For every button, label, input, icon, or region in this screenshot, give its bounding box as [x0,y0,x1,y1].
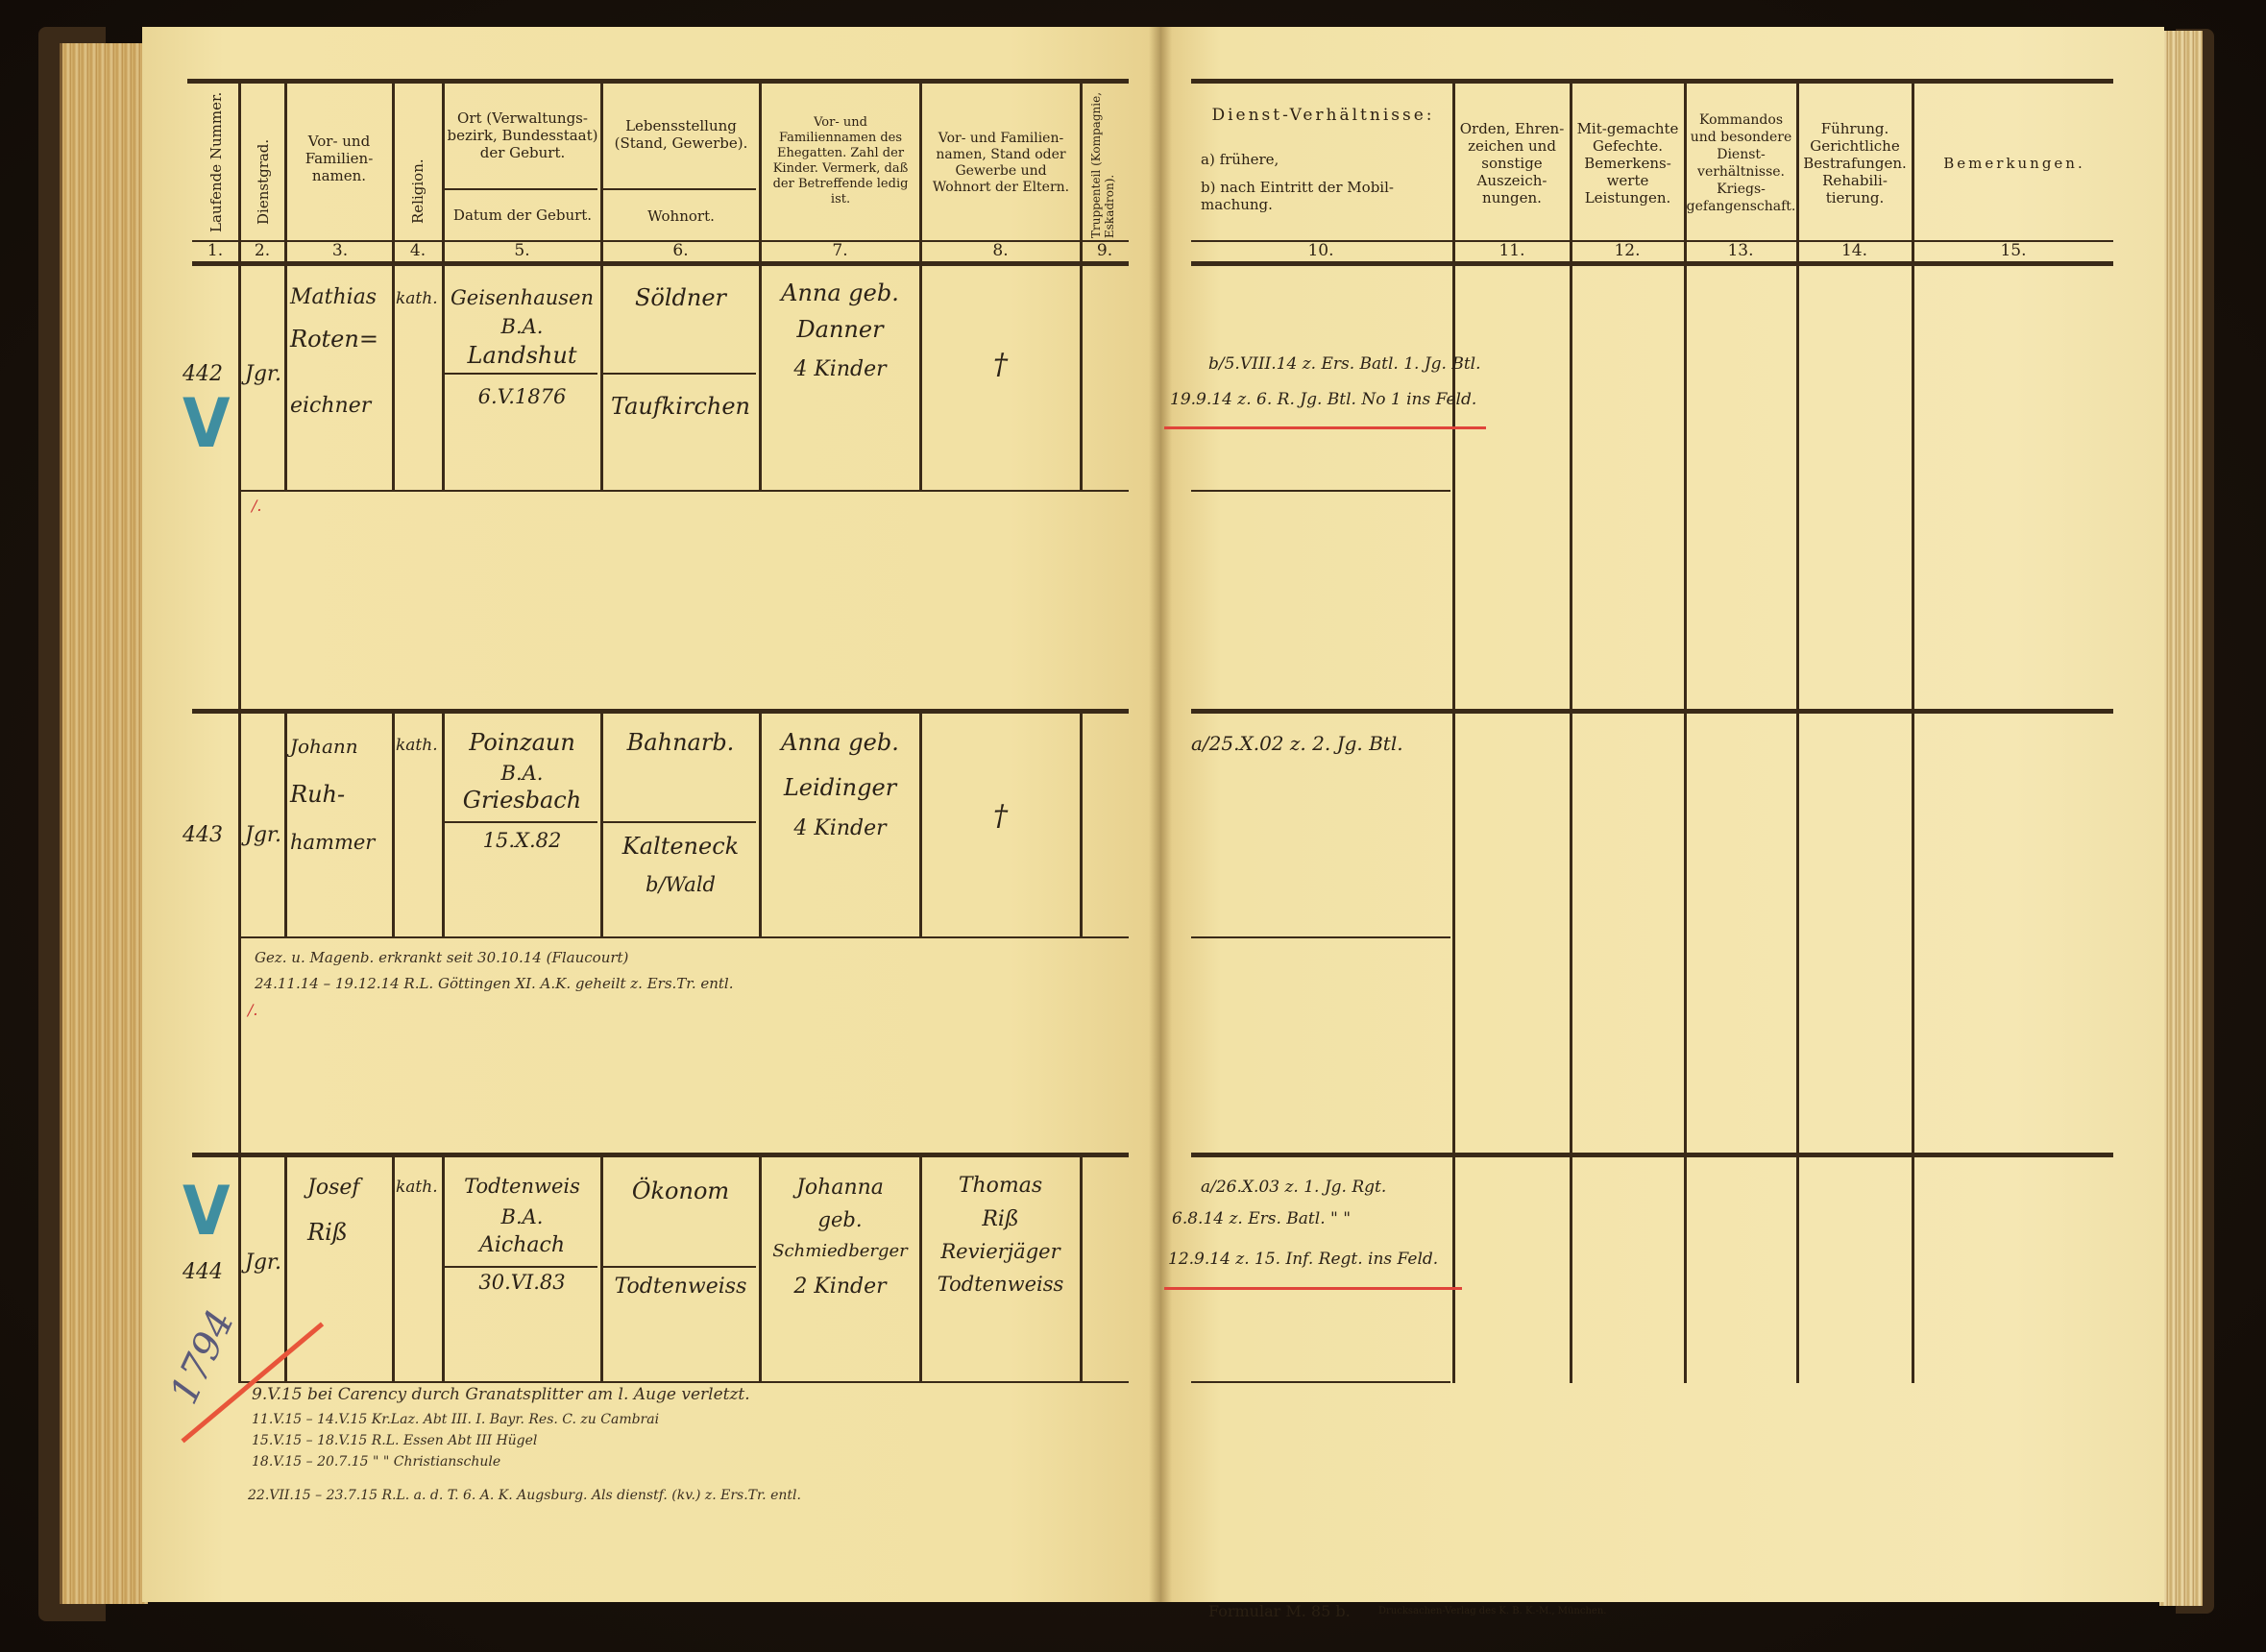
e2-col3 [392,713,395,936]
e2-end-rule [192,1153,1129,1157]
birthplace-3: Landshut [444,341,600,370]
colnum-12: 12. [1572,241,1683,260]
header-bottom-rule [192,261,1129,266]
religion: kath. [396,1177,438,1198]
colnum-1: 1. [192,241,238,260]
e2-col6-split [602,821,756,823]
spouse-1: Anna geb. [761,279,919,307]
rank: Jgr. [245,821,281,850]
e3-col8 [1080,1156,1083,1381]
note-line-1: 9.V.15 bei Carency durch Granatsplitter … [252,1383,750,1406]
e1-col2 [284,264,287,490]
header-col-10-a: a) frühere, [1201,149,1450,170]
r-header-top-rule [1191,79,2113,84]
last-name-1: Riß [307,1218,348,1247]
e1-sub-rule [240,490,1129,492]
spouse-2: geb. [761,1205,919,1234]
e2-col5-split [444,821,597,823]
birthplace-2: B.A. [444,312,600,341]
page-edges-right [2159,31,2203,1606]
parents-1: Thomas [921,1172,1080,1201]
colnum-2: 2. [240,241,284,260]
note-line-2: 24.11.14 – 19.12.14 R.L. Göttingen XI. A… [255,972,734,995]
parents-2: Riß [921,1205,1080,1234]
e2-sub-rule [240,936,1129,938]
e1-end-rule [192,709,1129,714]
service-line-2: 19.9.14 z. 6. R. Jg. Btl. No 1 ins Feld. [1170,389,1476,410]
blue-check-mark-icon: V [183,1173,231,1251]
r-col-line-13 [1796,82,1799,1383]
birthplace-1: Todtenweis [444,1172,600,1201]
first-name: Josef [307,1174,360,1203]
header-col-8: Vor- und Familien-namen, Stand oder Gewe… [924,91,1078,235]
parents-deceased: † [921,351,1080,379]
first-name: Johann [290,732,358,761]
colnum-11: 11. [1455,241,1569,260]
header-col-3: Vor- und Familien-namen. [288,106,390,211]
rank: Jgr. [245,360,281,389]
r-header-bottom-rule [1191,261,2113,266]
occupation: Söldner [602,283,759,312]
birth-date: 6.V.1876 [444,382,600,411]
religion: kath. [396,288,438,309]
children: 2 Kinder [761,1273,919,1301]
birthplace-2: B.A. [444,759,600,788]
header-col-9: Truppenteil (Kompagnie, Eskadron). [1084,85,1122,238]
col-line-5 [600,82,603,264]
last-name-1: Ruh- [290,780,345,809]
spouse-2: Leidinger [761,773,919,802]
header-col-10-title: Dienst-Verhältnisse: [1196,101,1450,130]
red-tick-mark: ∕. [252,495,261,518]
header-top-rule [187,79,1129,84]
colnum-10: 10. [1191,241,1450,260]
colnum-13: 13. [1686,241,1795,260]
birth-date: 15.X.82 [444,826,600,855]
header-col-6-top: Lebensstellung (Stand, Gewerbe). [605,96,757,173]
parents-3: Revierjäger [921,1237,1080,1266]
col-line-6 [759,82,762,264]
red-tick-mark: ∕. [248,999,257,1022]
occupation: Ökonom [602,1177,759,1205]
last-name-2: hammer [290,828,375,857]
red-underline [1164,426,1486,429]
header-col-1: Laufende Nummer. [197,86,235,238]
e1-col8 [1080,264,1083,490]
r-col-line-10 [1452,82,1455,1383]
service-line-1: b/5.VIII.14 z. Ers. Batl. 1. Jg. Btl. [1208,353,1481,375]
birth-date: 30.VI.83 [444,1268,600,1297]
col-line-2 [284,82,287,264]
col5-split [444,188,597,190]
last-name-2: eichner [290,392,371,421]
note-line-1: Gez. u. Magenb. erkrankt seit 30.10.14 (… [255,946,628,969]
e2-col2 [284,713,287,936]
e1-col6-split [602,373,756,375]
note-line-4: 18.V.15 – 20.7.15 " " Christianschule [252,1450,500,1473]
service-line-1: a/25.X.02 z. 2. Jg. Btl. [1191,733,1403,754]
note-line-2: 11.V.15 – 14.V.15 Kr.Laz. Abt III. I. Ba… [252,1408,659,1431]
religion: kath. [396,735,438,756]
colnum-5: 5. [444,241,600,260]
header-col-2: Dienstgrad. [245,125,281,238]
occupation: Bahnarb. [602,728,759,757]
header-col-6-bottom: Wohnort. [605,197,757,235]
service-line-1: a/26.X.03 z. 1. Jg. Rgt. [1201,1177,1386,1198]
spouse-3: Schmiedberger [761,1237,919,1266]
header-col-12: Mit-gemachte Gefechte. Bemerkens-werte L… [1573,88,1682,237]
residence-1: Kalteneck [602,832,759,861]
header-col-15: Bemerkungen. [1915,88,2113,237]
e1-col3 [392,264,395,490]
entry-number: 444 [183,1258,223,1287]
r-col-line-11 [1570,82,1572,1383]
birthplace-2: B.A. [444,1203,600,1231]
e3-col6-split [602,1266,756,1268]
red-underline [1164,1287,1462,1290]
e1-col5-split [444,373,597,375]
r-col-line-12 [1684,82,1687,1383]
spouse-2: Danner [761,315,919,344]
r-col-line-14 [1912,82,1914,1383]
spouse-1: Johanna [761,1174,919,1203]
blue-check-mark-icon: V [183,385,231,463]
col-line-7 [919,82,922,264]
spouse-1: Anna geb. [761,728,919,757]
note-line-5: 22.VII.15 – 23.7.15 R.L. a. d. T. 6. A. … [248,1484,801,1507]
note-line-3: 15.V.15 – 18.V.15 R.L. Essen Abt III Hüg… [252,1429,537,1452]
children: 4 Kinder [761,355,919,384]
header-col-7: Vor- und Familiennamen des Ehegatten. Za… [764,85,917,238]
entry-number: 443 [183,821,223,850]
header-col-11: Orden, Ehren-zeichen und sonstige Auszei… [1456,88,1568,237]
colnum-9: 9. [1082,241,1128,260]
col-line-3 [392,82,395,264]
col-line-4 [442,82,445,264]
header-col-10-b: b) nach Eintritt der Mobil-machung. [1201,175,1450,217]
col-line-8 [1080,82,1083,264]
parents-4: Todtenweiss [921,1270,1080,1299]
colnum-3: 3. [288,241,392,260]
residence: Todtenweiss [602,1273,759,1301]
residence-2: b/Wald [602,870,759,899]
form-number: Formular M. 85 b. [1208,1602,1351,1620]
colnum-6: 6. [602,241,759,260]
first-name: Mathias [290,283,377,312]
last-name-1: Roten= [290,325,378,353]
r-e1-end-rule [1191,709,2113,714]
header-col-13: Kommandos und besondere Dienst-verhältni… [1688,88,1794,237]
birthplace-3: Aichach [444,1231,600,1260]
e3-col3 [392,1156,395,1381]
colnum-14: 14. [1798,241,1911,260]
r-e2-end-rule [1191,1153,2113,1157]
birthplace-3: Griesbach [444,786,600,814]
header-col-4: Religion. [399,144,437,238]
e2-col8 [1080,713,1083,936]
col6-split [602,188,756,190]
birthplace-1: Poinzaun [444,728,600,757]
birthplace-1: Geisenhausen [444,283,600,312]
header-col-14: Führung. Gerichtliche Bestrafungen. Reha… [1800,88,1910,237]
book-spread: Laufende Nummer. Dienstgrad. Vor- und Fa… [0,0,2266,1652]
children: 4 Kinder [761,814,919,843]
parents-deceased: † [921,802,1080,831]
rank: Jgr. [245,1249,281,1277]
colnum-4: 4. [394,241,442,260]
colnum-7: 7. [761,241,919,260]
r-e3-sub-rule [1191,1381,1450,1383]
header-col-5-bottom: Datum der Geburt. [447,192,598,238]
r-e1-sub-rule [1191,490,1450,492]
header-col-5-top: Ort (Verwaltungs-bezirk, Bundesstaat) de… [447,85,598,185]
service-line-2: 6.8.14 z. Ers. Batl. " " [1172,1208,1351,1229]
page-edges-left [60,43,148,1604]
publisher: Drucksachen-Verlag des K. B. K.-M., Münc… [1378,1606,1606,1616]
residence: Taufkirchen [602,392,759,421]
colnum-15: 15. [1913,241,2113,260]
book-gutter [1149,27,1172,1602]
service-line-3: 12.9.14 z. 15. Inf. Regt. ins Feld. [1168,1249,1438,1270]
r-e2-sub-rule [1191,936,1450,938]
colnum-8: 8. [921,241,1080,260]
e3-col2 [284,1156,287,1381]
col-line-1 [238,82,241,1383]
